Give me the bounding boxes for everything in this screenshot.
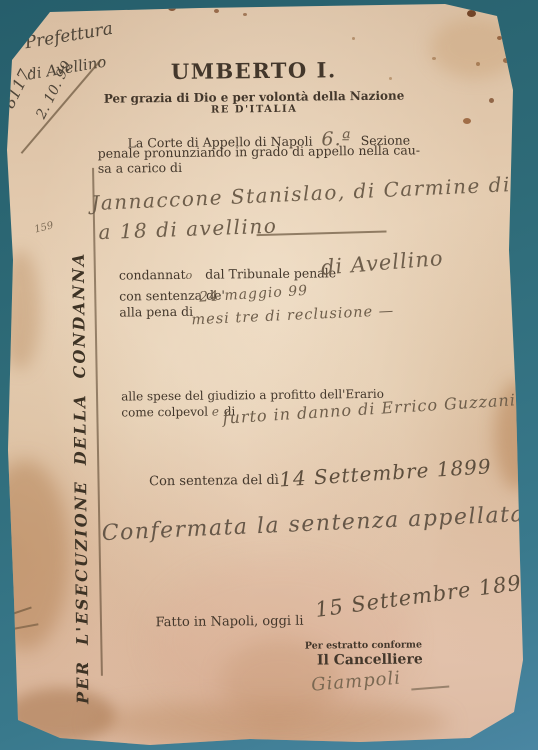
pencil-office-name: Prefettura xyxy=(23,19,114,54)
pen-mark xyxy=(6,606,31,616)
document-content: Prefettura di Avellino 8117. 2. 10. 99 1… xyxy=(0,0,538,750)
penalty-handwritten: mesi tre di reclusione — xyxy=(191,303,394,328)
certification-line: Per estratto conforme xyxy=(305,639,422,651)
tribunal-label: dal Tribunale penale xyxy=(205,265,336,281)
place-line: Fatto in Napoli, oggi li xyxy=(156,614,304,631)
penalty-label: alla pena di xyxy=(119,304,193,320)
tribunal-place-handwritten: di Avellino xyxy=(320,246,444,280)
condemned-fill-handwritten: o xyxy=(185,269,193,282)
foxing-spot xyxy=(514,262,518,266)
heading-king: UMBERTO I. xyxy=(89,56,419,84)
guilty-line: come colpevol e di xyxy=(121,404,235,419)
pencil-margin-number: 159 xyxy=(33,220,54,235)
appeal-date-handwritten: 14 Settembre 1899 xyxy=(278,454,492,491)
defendant-residence-handwritten: a 18 di avellino xyxy=(98,214,278,245)
appeal-outcome-handwritten: Confermata la sentenza appellata xyxy=(101,502,525,546)
appeal-date-label: Con sentenza del dì xyxy=(149,473,279,489)
defendant-name-handwritten: Jannaccone Stanislao, di Carmine di xyxy=(91,172,512,215)
opening-line-2: penale pronunziando in grado di appello … xyxy=(98,142,421,160)
heading-realm: RE D'ITALIA xyxy=(89,102,419,116)
sentence-date-handwritten: 24 maggio 99 xyxy=(199,283,309,306)
signer-role: Il Cancelliere xyxy=(317,651,423,668)
opening-line-3: sa a carico di xyxy=(98,160,182,176)
chancellor-signature: Giampoli xyxy=(311,668,402,696)
signature-flourish xyxy=(411,685,449,690)
document-paper: Prefettura di Avellino 8117. 2. 10. 99 1… xyxy=(0,0,538,750)
pen-mark xyxy=(9,623,39,630)
conviction-line: condannato dal Tribunale penale xyxy=(119,265,336,282)
pencil-protocol-number: 8117. xyxy=(0,62,37,111)
guilty-fill-handwritten: e xyxy=(212,405,220,419)
extract-date-handwritten: 15 Settembre 1899 xyxy=(314,569,538,622)
guilty-label: come colpevol xyxy=(121,405,208,420)
condemned-label: condannat xyxy=(119,267,186,283)
